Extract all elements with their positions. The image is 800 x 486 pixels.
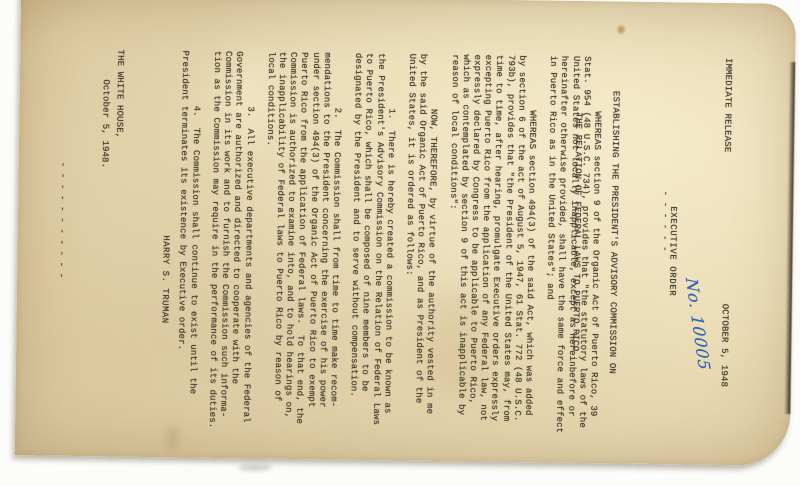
footer-date: October 5, 1948. <box>98 79 110 168</box>
footer-place: THE WHITE HOUSE, <box>113 49 125 138</box>
paragraph: 1. There is hereby created a commission … <box>347 53 397 450</box>
document-body: WHEREAS section 9 of the Organic Act of … <box>165 50 603 452</box>
paragraph: NOW, THEREFORE, by virtue of the authori… <box>400 54 439 450</box>
paragraph: WHEREAS section 494(3) of the said Act, … <box>443 54 538 451</box>
paragraph: WHEREAS section 9 of the Organic Act of … <box>542 56 604 453</box>
paragraph: 4. The Commission shall continue to exis… <box>174 50 202 446</box>
title-line-1: ESTABLISHING THE PRESIDENT'S ADVISORY CO… <box>604 1 623 463</box>
release-date: OCTOBER 5, 1948 <box>717 304 729 387</box>
page-edge-shadow <box>784 62 795 414</box>
scanned-document-view: IMMEDIATE RELEASE OCTOBER 5, 1948 EXECUT… <box>0 0 800 486</box>
end-of-release-dashes: - - - - - - - - - - - <box>55 162 68 279</box>
paragraph: 2. The Commission shall from time to tim… <box>259 52 343 449</box>
signature-name: HARRY S. TRUMAN <box>158 235 170 324</box>
release-label: IMMEDIATE RELEASE <box>721 58 734 153</box>
paragraph: 3. All executive departments and agencie… <box>205 51 255 448</box>
scanner-smudge <box>238 464 272 471</box>
handwritten-order-number: No. 10005 <box>686 278 711 371</box>
document-page: IMMEDIATE RELEASE OCTOBER 5, 1948 EXECUT… <box>15 0 796 466</box>
release-line: IMMEDIATE RELEASE OCTOBER 5, 1948 <box>717 58 733 387</box>
